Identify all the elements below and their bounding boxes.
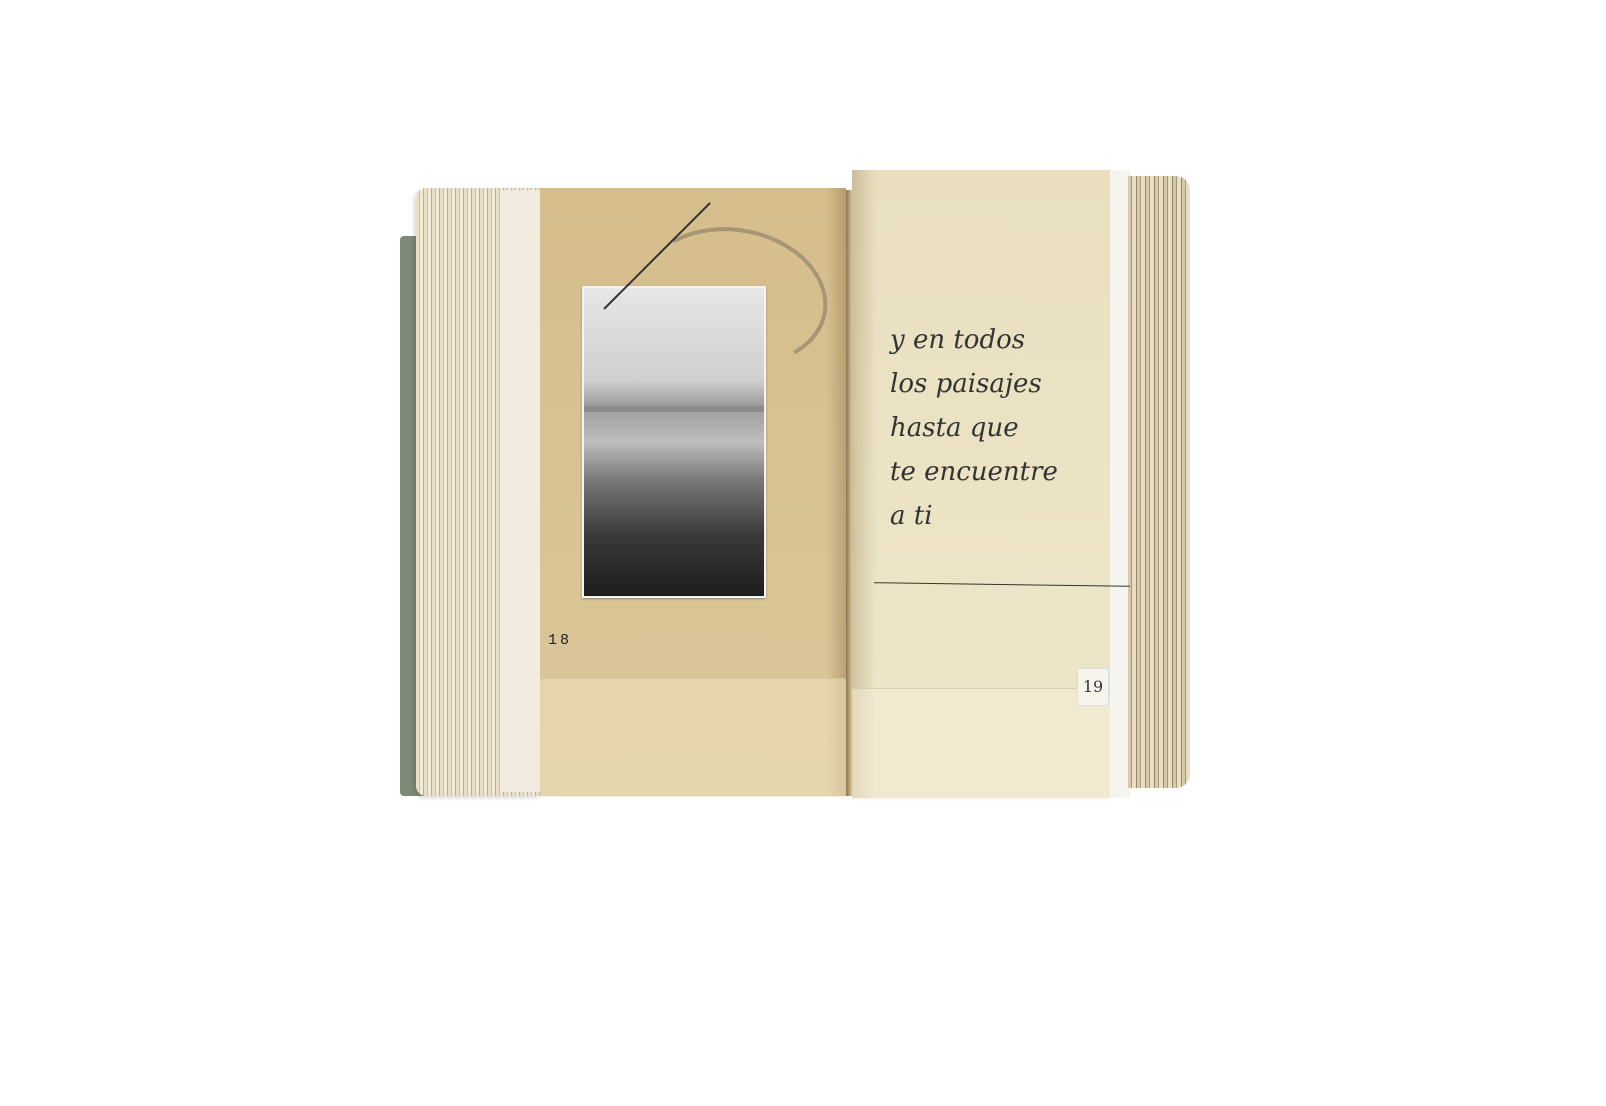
handwritten-text: y en todos los paisajes hasta que te enc…	[890, 318, 1110, 538]
handwriting-line: y en todos	[890, 318, 1110, 362]
left-page-flap	[500, 190, 540, 792]
page-number-right: 19	[1077, 668, 1109, 706]
right-page-edges	[1128, 176, 1190, 788]
landscape-photo	[582, 286, 766, 598]
photo-horizon	[584, 406, 764, 412]
handwriting-line: hasta que	[890, 406, 1110, 450]
handwriting-line: los paisajes	[890, 362, 1110, 406]
open-book: 18 y en todos los paisajes hasta que te …	[0, 0, 1606, 1106]
page-number-left: 18	[548, 632, 572, 649]
handwriting-line: a ti	[890, 494, 1110, 538]
tape-band	[540, 678, 846, 797]
handwriting-line: te encuentre	[890, 450, 1110, 494]
right-page-margin	[1110, 170, 1130, 798]
paper-patch	[852, 688, 1110, 799]
